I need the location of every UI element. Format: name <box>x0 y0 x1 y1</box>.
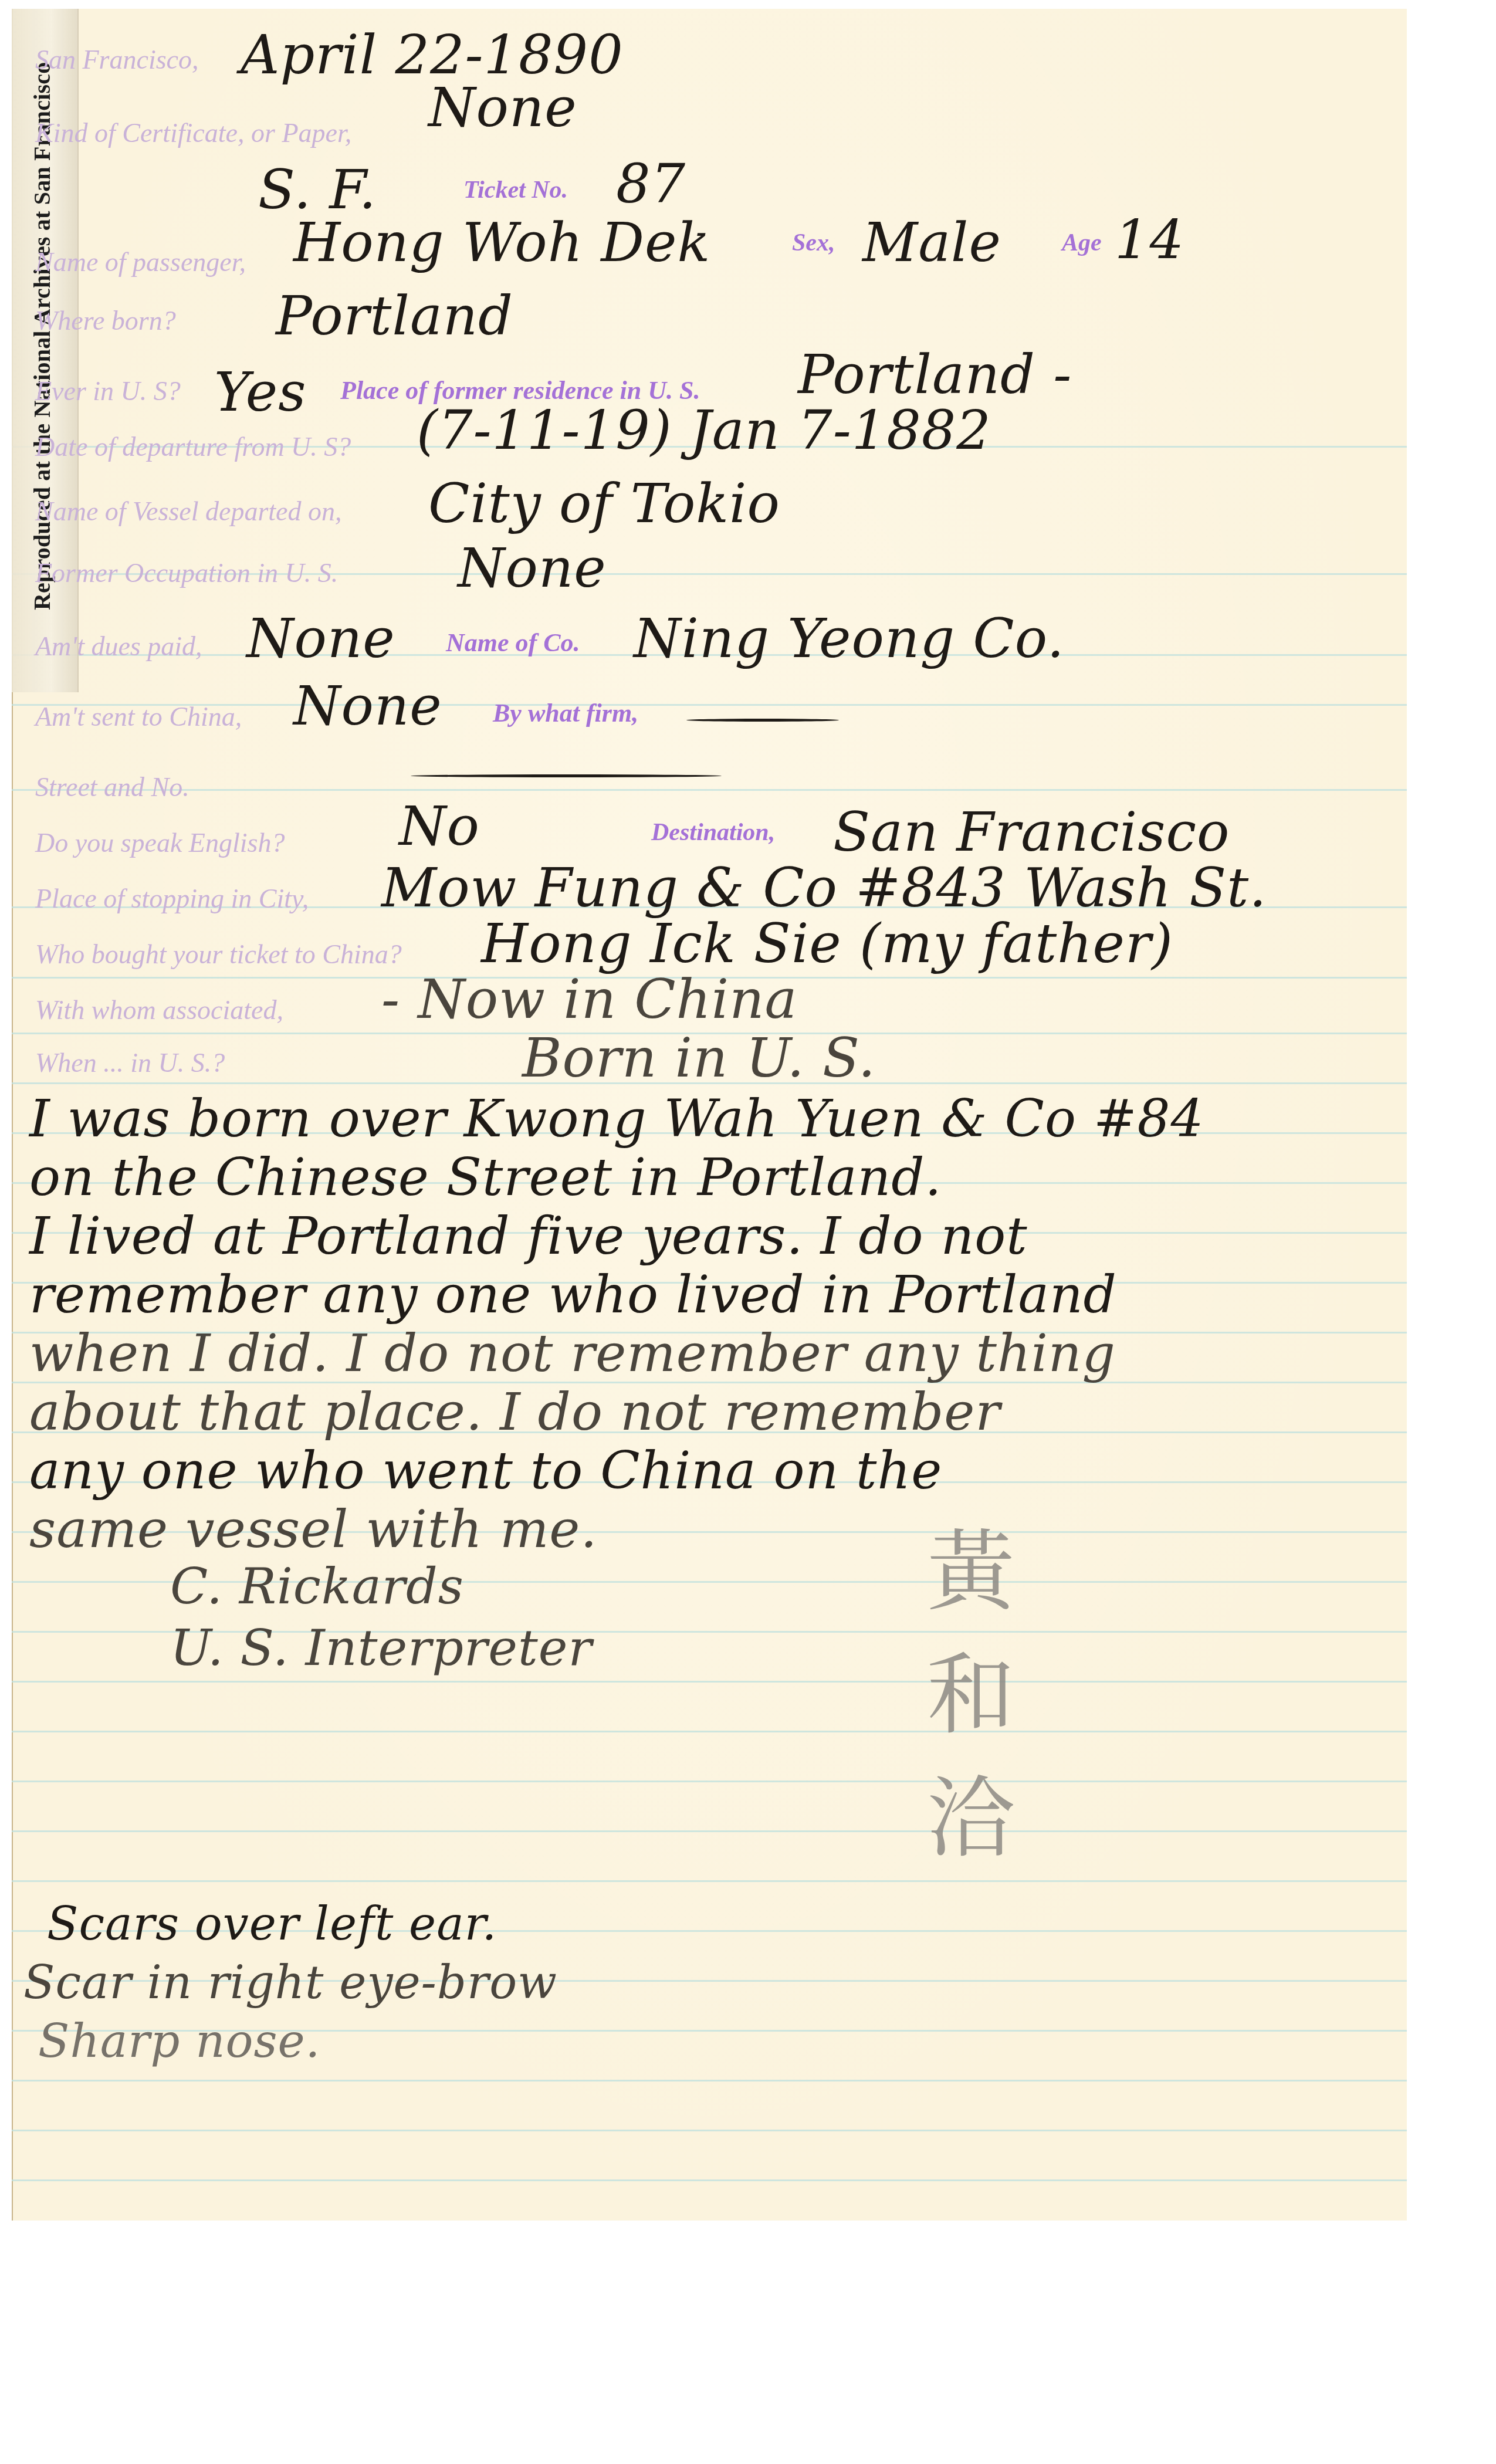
label-certificate: Kind of Certificate, or Paper, <box>35 117 351 148</box>
label-passenger: Name of passenger, <box>35 246 246 277</box>
entry-with-whom: - Now in China <box>381 968 797 1031</box>
entry-ever-in-us: Yes <box>214 361 306 424</box>
ruled-line <box>12 1781 1407 1782</box>
firm-blank-stroke <box>686 719 839 722</box>
entry-vessel: City of Tokio <box>428 472 780 535</box>
label-sent-to-china: Am't sent to China, <box>35 701 242 732</box>
statement-line: on the Chinese Street in Portland. <box>29 1147 942 1207</box>
statement-line: remember any one who lived in Portland <box>29 1264 1117 1325</box>
entry-passenger: Hong Woh Dek <box>293 211 710 274</box>
label-dues-paid: Am't dues paid, <box>35 631 202 662</box>
ruled-line <box>12 2179 1407 2181</box>
chinese-name-char: 黃 <box>927 1528 1015 1616</box>
chinese-name-char: 洽 <box>927 1775 1015 1863</box>
entry-occupation: None <box>458 537 607 600</box>
statement-line: same vessel with me. <box>29 1499 597 1559</box>
chinese-name-char: 和 <box>927 1651 1015 1739</box>
label-company: Name of Co. <box>446 628 580 658</box>
label-sex: Sex, <box>792 229 835 257</box>
label-born: Where born? <box>35 305 176 336</box>
label-ticket: Ticket No. <box>463 176 568 204</box>
label-place-date: San Francisco, <box>35 44 199 75</box>
label-vessel: Name of Vessel departed on, <box>35 496 342 527</box>
entry-sex: Male <box>862 211 1001 274</box>
entry-ticket-buyer: Hong Ick Sie (my father) <box>481 912 1173 975</box>
entry-stopping: Mow Fung & Co #843 Wash St. <box>381 857 1267 919</box>
ruled-line <box>12 1880 1407 1882</box>
ruled-line <box>12 2130 1407 2131</box>
entry-when-in-us: Born in U. S. <box>522 1027 876 1089</box>
ruled-line <box>12 789 1407 791</box>
ruled-line <box>12 2080 1407 2081</box>
label-with-whom: With whom associated, <box>35 994 283 1025</box>
label-street: Street and No. <box>35 771 189 803</box>
description-line: Sharp nose. <box>38 2015 320 2068</box>
statement-line: about that place. I do not remember <box>29 1382 1000 1442</box>
entry-ticket-no: 87 <box>616 153 686 215</box>
ruled-line <box>12 1681 1407 1683</box>
signature-title: U. S. Interpreter <box>170 1619 593 1677</box>
label-firm: By what firm, <box>493 698 638 728</box>
label-english: Do you speak English? <box>35 827 285 858</box>
ruled-line <box>12 1830 1407 1832</box>
statement-line: any one who went to China on the <box>29 1440 942 1501</box>
document-page: Reproduced at the National Archives at S… <box>12 9 1407 2221</box>
entry-destination: San Francisco <box>833 801 1230 864</box>
signature-name: C. Rickards <box>170 1558 464 1615</box>
label-when-in-us: When ... in U. S.? <box>35 1047 225 1078</box>
entry-certificate: None <box>428 76 577 139</box>
ruled-line <box>12 1731 1407 1732</box>
entry-age: 14 <box>1115 208 1184 271</box>
label-departure-date: Date of departure from U. S? <box>35 431 351 462</box>
entry-born: Portland <box>276 285 513 347</box>
entry-departure-date: (7-11-19) Jan 7-1882 <box>417 399 991 462</box>
label-ever-in-us: Ever in U. S? <box>35 375 181 407</box>
entry-dues-paid: None <box>246 607 395 670</box>
label-age: Age <box>1062 229 1102 257</box>
entry-former-residence: Portland - <box>798 343 1072 406</box>
label-occupation: Former Occupation in U. S. <box>35 557 338 588</box>
street-blank-stroke <box>411 774 722 777</box>
statement-line: when I did. I do not remember any thing <box>29 1323 1116 1383</box>
statement-line: I lived at Portland five years. I do not <box>29 1206 1028 1266</box>
entry-english: No <box>399 795 480 858</box>
entry-sent-to-china: None <box>293 675 442 737</box>
entry-company: Ning Yeong Co. <box>634 607 1065 670</box>
label-ticket-buyer: Who bought your ticket to China? <box>35 939 402 970</box>
label-destination: Destination, <box>651 818 775 847</box>
description-line: Scars over left ear. <box>47 1898 497 1951</box>
description-line: Scar in right eye-brow <box>23 1957 557 2009</box>
statement-line: I was born over Kwong Wah Yuen & Co #84 <box>29 1088 1204 1149</box>
label-stopping: Place of stopping in City, <box>35 883 309 914</box>
